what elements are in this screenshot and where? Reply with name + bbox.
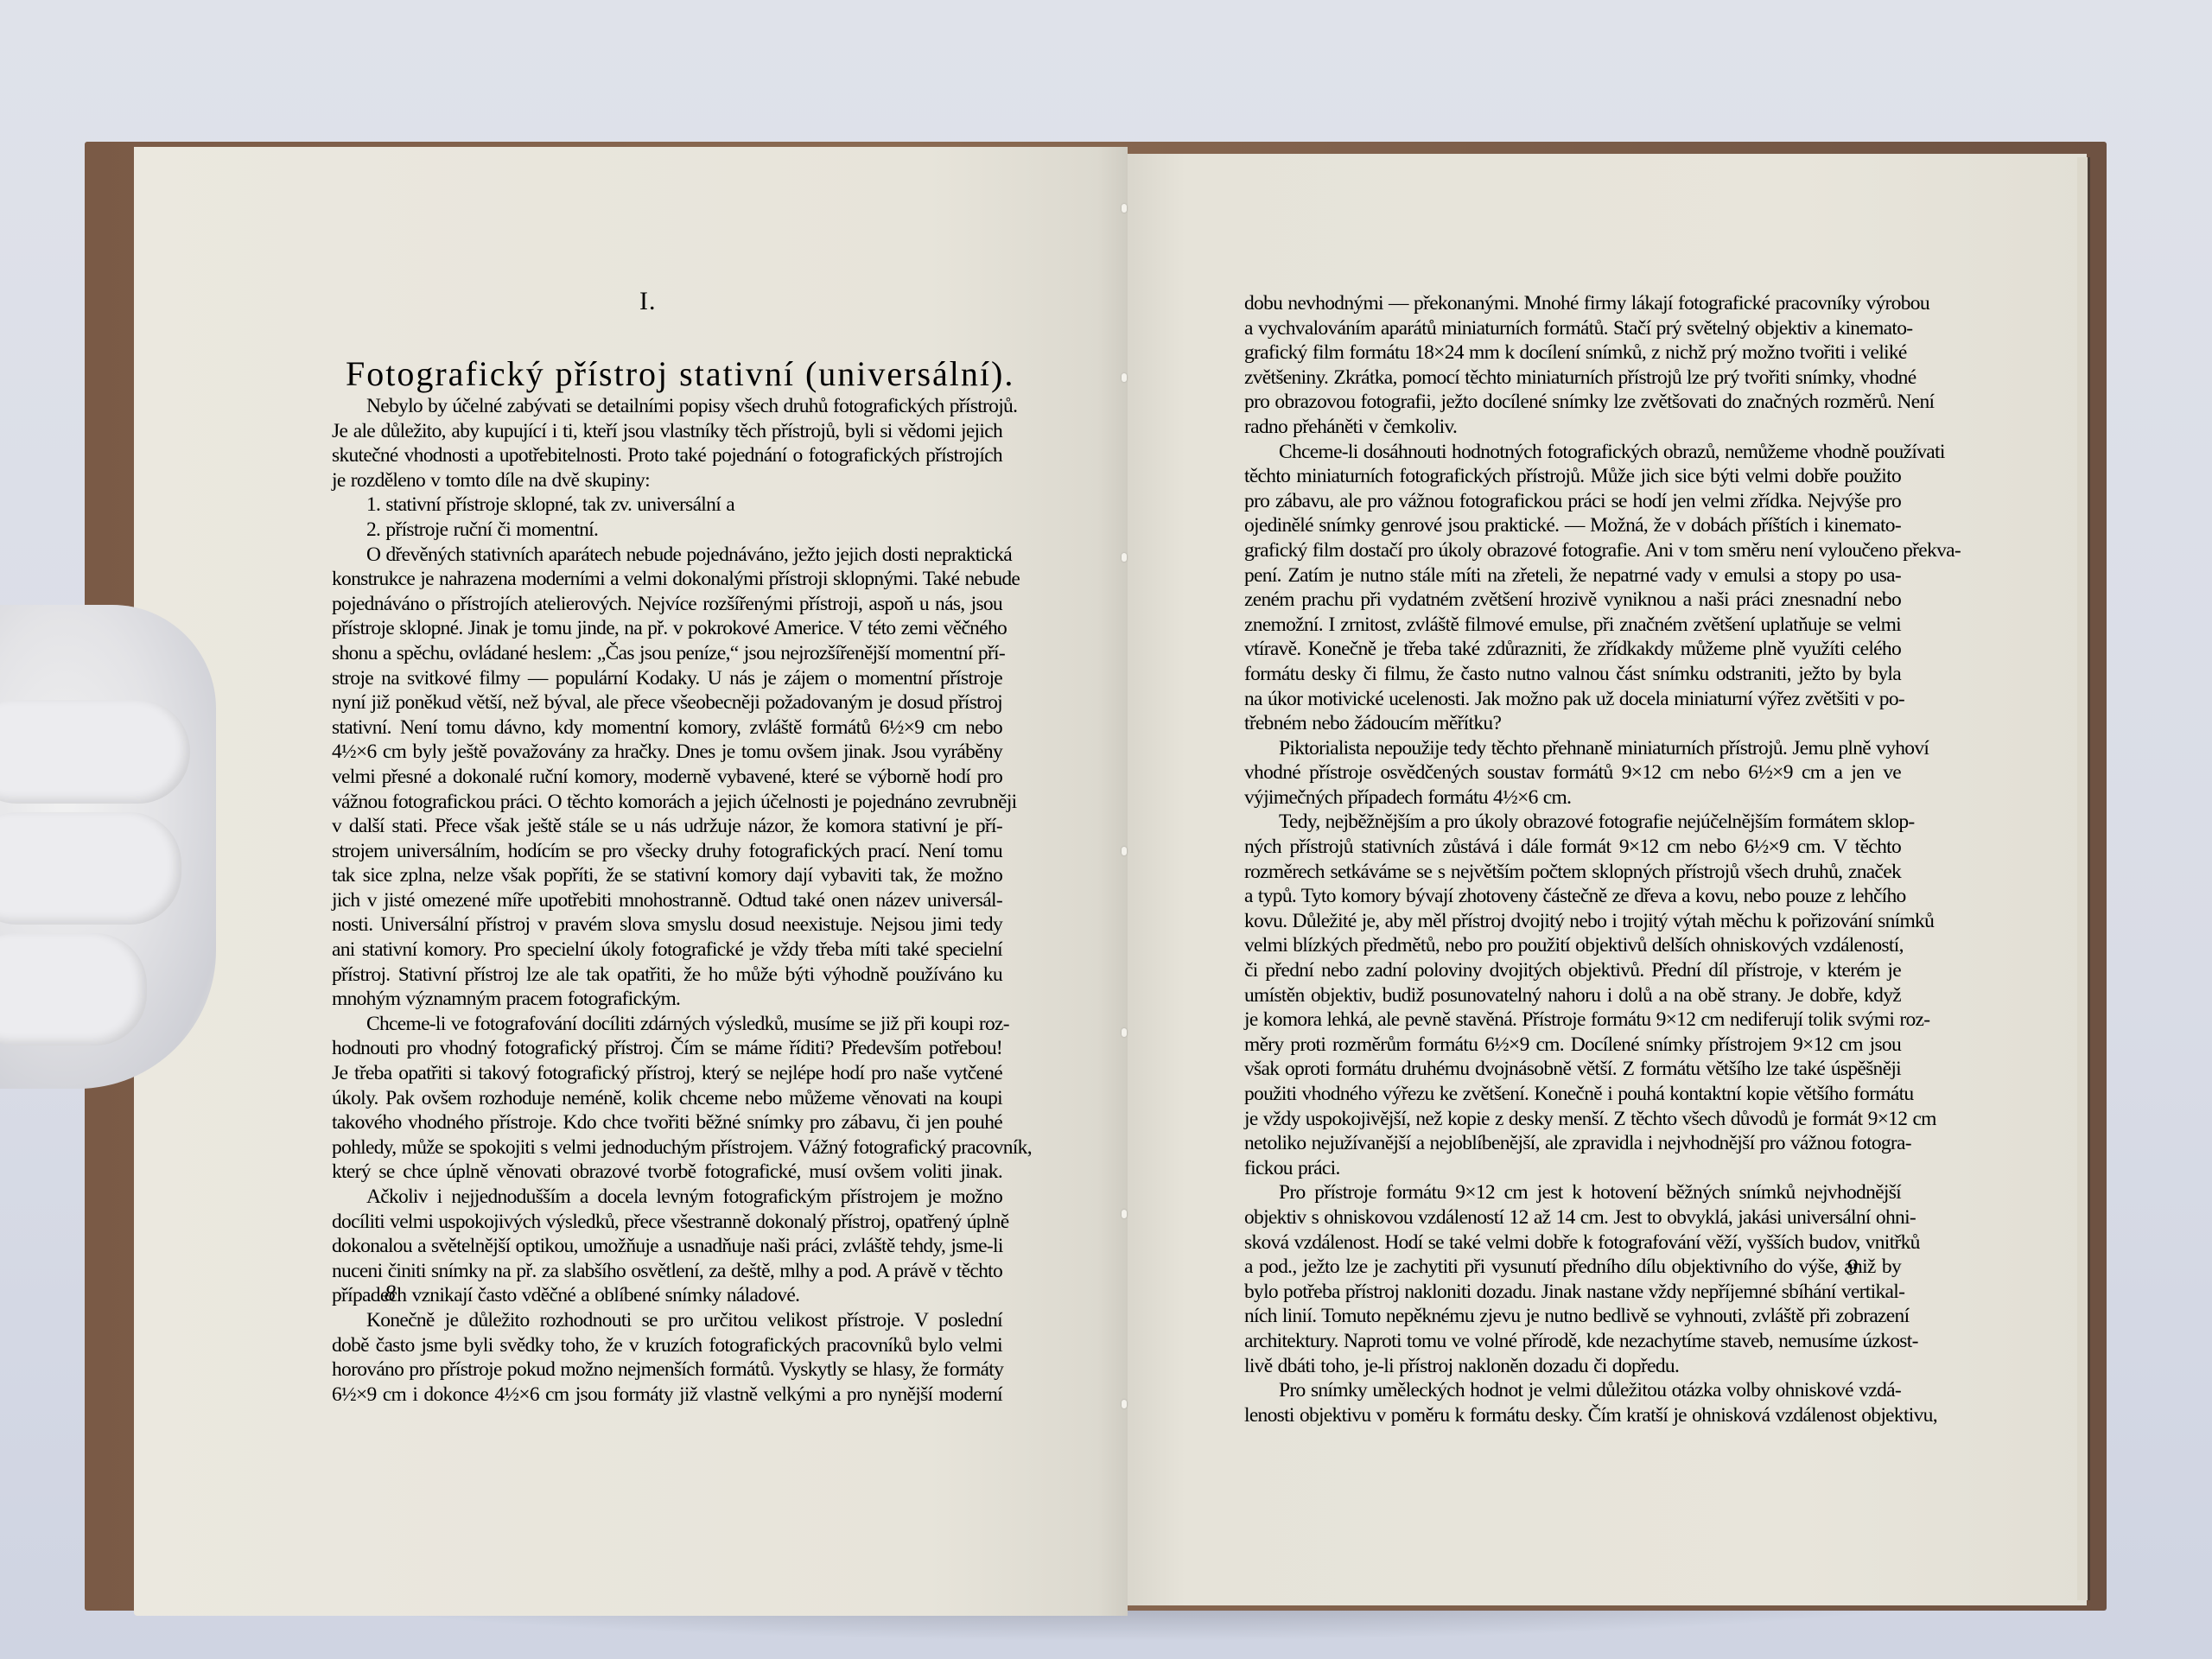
text-line: objektiv s ohniskovou vzdáleností 12 až … bbox=[1244, 1205, 1901, 1230]
text-line: umístěn objektiv, budiž posunovatelný na… bbox=[1244, 983, 1901, 1008]
text-line: pro zábavu, ale pro vážnou fotografickou… bbox=[1244, 489, 1901, 514]
gloved-hand bbox=[0, 605, 216, 1089]
text-line: grafický film formátu 18×24 mm k docílen… bbox=[1244, 340, 1901, 365]
text-line: bylo potřeba přístroj nakloniti dozadu. … bbox=[1244, 1280, 1901, 1305]
text-line: strojem universálním, hodícím se pro vše… bbox=[332, 839, 1002, 864]
text-line: formátu desky či filmu, že často nutno v… bbox=[1244, 662, 1901, 687]
text-line: vážnou fotografickou práci. O těchto kom… bbox=[332, 790, 1002, 815]
text-line: ních linií. Tomuto nepěknému zjevu je nu… bbox=[1244, 1304, 1901, 1329]
binding-stitch bbox=[1122, 553, 1127, 562]
text-line: přístroj. Stativní přístroj lze ale tak … bbox=[332, 963, 1002, 988]
text-line: a typů. Tyto komory bývají zhotoveny čás… bbox=[1244, 884, 1901, 909]
text-line: sková vzdálenost. Hodí se také velmi dob… bbox=[1244, 1230, 1901, 1255]
text-line: v další stati. Přece však ještě stále se… bbox=[332, 814, 1002, 839]
text-line: či přední nebo zadní poloviny dvojitých … bbox=[1244, 958, 1901, 983]
text-line: velmi blízkých předmětů, nebo pro použit… bbox=[1244, 933, 1901, 958]
text-line: zeném prachu při vydatném zvětšení hrozi… bbox=[1244, 588, 1901, 613]
binding-stitch bbox=[1122, 1210, 1127, 1218]
text-line: architektury. Naproti tomu ve volné přír… bbox=[1244, 1329, 1901, 1354]
text-line: znemožní. I zrnitost, zvláště filmové em… bbox=[1244, 613, 1901, 638]
page-number-right: 9 bbox=[1847, 1255, 1858, 1281]
text-line: mnohým významným pracem fotografickým. bbox=[332, 987, 1002, 1012]
binding-stitch bbox=[1122, 847, 1127, 855]
text-line: Ačkoliv i nejjednodušším a docela levným… bbox=[332, 1185, 1002, 1210]
text-line: Konečně je důležito rozhodnouti se pro u… bbox=[332, 1308, 1002, 1333]
text-line: pojednáváno o přístrojích atelierových. … bbox=[332, 592, 1002, 617]
text-line: Je třeba opatřiti si takový fotografický… bbox=[332, 1061, 1002, 1086]
text-line: 1. stativní přístroje sklopné, tak zv. u… bbox=[332, 493, 1002, 518]
text-line: velmi přesné a dokonalé ruční komory, mo… bbox=[332, 765, 1002, 790]
text-line: netoliko nejužívanější a nejoblíbenější,… bbox=[1244, 1131, 1901, 1156]
binding-stitch bbox=[1122, 204, 1127, 213]
text-line: stativní. Není tomu dávno, kdy momentní … bbox=[332, 715, 1002, 741]
text-line: horováno pro přístroje pokud možno nejme… bbox=[332, 1357, 1002, 1382]
text-line: Je ale důležito, aby kupující i ti, kteř… bbox=[332, 419, 1002, 444]
text-line: těchto miniaturních fotografických příst… bbox=[1244, 464, 1901, 489]
binding-stitch bbox=[1122, 373, 1127, 382]
text-line: nuceni činiti snímky na př. za slabšího … bbox=[332, 1259, 1002, 1284]
text-line: je komora lehká, ale pevně stavěná. Přís… bbox=[1244, 1007, 1901, 1033]
text-line: Pro snímky uměleckých hodnot je velmi dů… bbox=[1244, 1378, 1901, 1403]
text-line: Pro přístroje formátu 9×12 cm jest k hot… bbox=[1244, 1180, 1901, 1205]
chapter-title: Fotografický přístroj stativní (universá… bbox=[346, 353, 1011, 394]
text-line: 2. přístroje ruční či momentní. bbox=[332, 518, 1002, 543]
text-line: úkoly. Pak ovšem rozhoduje neméně, kolik… bbox=[332, 1086, 1002, 1111]
text-line: a vychvalováním aparátů miniaturních for… bbox=[1244, 316, 1901, 341]
text-line: grafický film dostačí pro úkoly obrazové… bbox=[1244, 538, 1901, 563]
text-line: takového vhodného přístroje. Kdo chce tv… bbox=[332, 1110, 1002, 1135]
text-line: 6½×9 cm i dokonce 4½×6 cm jsou formáty j… bbox=[332, 1382, 1002, 1408]
text-line: shonu a spěchu, ovládané heslem: „Čas js… bbox=[332, 641, 1002, 666]
text-line: nyní již poněkud větší, než býval, ale p… bbox=[332, 690, 1002, 715]
text-line: jich v jisté omezené míře upotřebiti mno… bbox=[332, 888, 1002, 913]
text-line: rozměrech setkáváme se s největším počte… bbox=[1244, 860, 1901, 885]
text-line: ojedinělé snímky genrové jsou praktické.… bbox=[1244, 513, 1901, 538]
text-line: přístroje sklopné. Jinak je tomu jinde, … bbox=[332, 616, 1002, 641]
right-page-edge bbox=[2077, 157, 2090, 1600]
page-number-left: 8 bbox=[385, 1281, 396, 1306]
text-line: použiti vhodného výřezu ke zvětšení. Kon… bbox=[1244, 1082, 1901, 1107]
text-line: a pod., ježto lze je zachytiti při vysun… bbox=[1244, 1255, 1901, 1280]
text-line: Piktorialista nepoužije tedy těchto přeh… bbox=[1244, 736, 1901, 761]
text-line: docíliti velmi uspokojivých výsledků, př… bbox=[332, 1210, 1002, 1235]
text-line: fickou práci. bbox=[1244, 1156, 1901, 1181]
text-line: však oproti formátu druhému dvojnásobně … bbox=[1244, 1057, 1901, 1082]
text-line: pro obrazovou fotografii, ježto docílené… bbox=[1244, 390, 1901, 415]
text-line: hodnouti pro vhodný fotografický přístro… bbox=[332, 1036, 1002, 1061]
text-line: ani stativní komory. Pro specielní úkoly… bbox=[332, 938, 1002, 963]
text-line: ných přístrojů stativních zůstává i dále… bbox=[1244, 835, 1901, 860]
text-line: stroje na svitkové filmy — populární Kod… bbox=[332, 666, 1002, 691]
text-line: pení. Zatím je nutno stále míti na zřete… bbox=[1244, 563, 1901, 588]
glove-finger bbox=[0, 700, 190, 804]
text-line: době často jsme byli svědky toho, že v k… bbox=[332, 1333, 1002, 1358]
text-line: lenosti objektivu v poměru k formátu des… bbox=[1244, 1403, 1901, 1428]
text-line: 4½×6 cm byly ještě považovány za hračky.… bbox=[332, 740, 1002, 765]
text-line: konstrukce je nahrazena moderními a velm… bbox=[332, 567, 1002, 592]
text-line: na úkor motivické ucelenosti. Jak možno … bbox=[1244, 687, 1901, 712]
left-page-body: Nebylo by účelné zabývati se detailními … bbox=[332, 394, 1002, 1407]
text-line: kovu. Důležité je, aby měl přístroj dvoj… bbox=[1244, 909, 1901, 934]
text-line: Chceme-li ve fotografování docíliti zdár… bbox=[332, 1012, 1002, 1037]
glove-finger bbox=[0, 812, 181, 925]
text-line: je vždy uspokojivější, než kopie z desky… bbox=[1244, 1107, 1901, 1132]
text-line: výjimečných případech formátu 4½×6 cm. bbox=[1244, 785, 1901, 810]
text-line: Chceme-li dosáhnouti hodnotných fotograf… bbox=[1244, 440, 1901, 465]
text-line: Nebylo by účelné zabývati se detailními … bbox=[332, 394, 1002, 419]
text-line: dokonalou a světelnější optikou, umožňuj… bbox=[332, 1234, 1002, 1259]
text-line: dobu nevhodnými — překonanými. Mnohé fir… bbox=[1244, 291, 1901, 316]
glove-finger bbox=[0, 933, 147, 1046]
text-line: skutečné vhodnosti a upotřebitelnosti. P… bbox=[332, 443, 1002, 468]
text-line: radno přeháněti v čemkoliv. bbox=[1244, 415, 1901, 440]
text-line: je rozděleno v tomto díle na dvě skupiny… bbox=[332, 468, 1002, 493]
right-page-body: dobu nevhodnými — překonanými. Mnohé fir… bbox=[1244, 291, 1901, 1427]
text-line: třebném nebo žádoucím měřítku? bbox=[1244, 711, 1901, 736]
text-line: tak sice zplna, nelze však popříti, že s… bbox=[332, 863, 1002, 888]
text-line: vtíravě. Konečně je třeba také zdůraznit… bbox=[1244, 637, 1901, 662]
text-line: zvětšeniny. Zkrátka, pomocí těchto minia… bbox=[1244, 365, 1901, 391]
text-line: livě dbáti toho, je-li přístroj nakloněn… bbox=[1244, 1354, 1901, 1379]
text-line: Tedy, nejběžnějším a pro úkoly obrazové … bbox=[1244, 810, 1901, 835]
text-line: případech vznikají často vděčné a oblíbe… bbox=[332, 1283, 1002, 1308]
text-line: O dřevěných stativních aparátech nebude … bbox=[332, 543, 1002, 568]
text-line: pohledy, může se spokojiti s velmi jedno… bbox=[332, 1135, 1002, 1160]
chapter-number: I. bbox=[639, 287, 657, 316]
binding-stitch bbox=[1122, 1400, 1127, 1408]
binding-stitch bbox=[1122, 1028, 1127, 1037]
text-line: který se chce úplně věnovati obrazové tv… bbox=[332, 1160, 1002, 1185]
text-line: měry proti rozměrům formátu 6½×9 cm. Doc… bbox=[1244, 1033, 1901, 1058]
text-line: vhodné přístroje osvědčených soustav for… bbox=[1244, 760, 1901, 785]
text-line: nosti. Universální přístroj v pravém slo… bbox=[332, 912, 1002, 938]
